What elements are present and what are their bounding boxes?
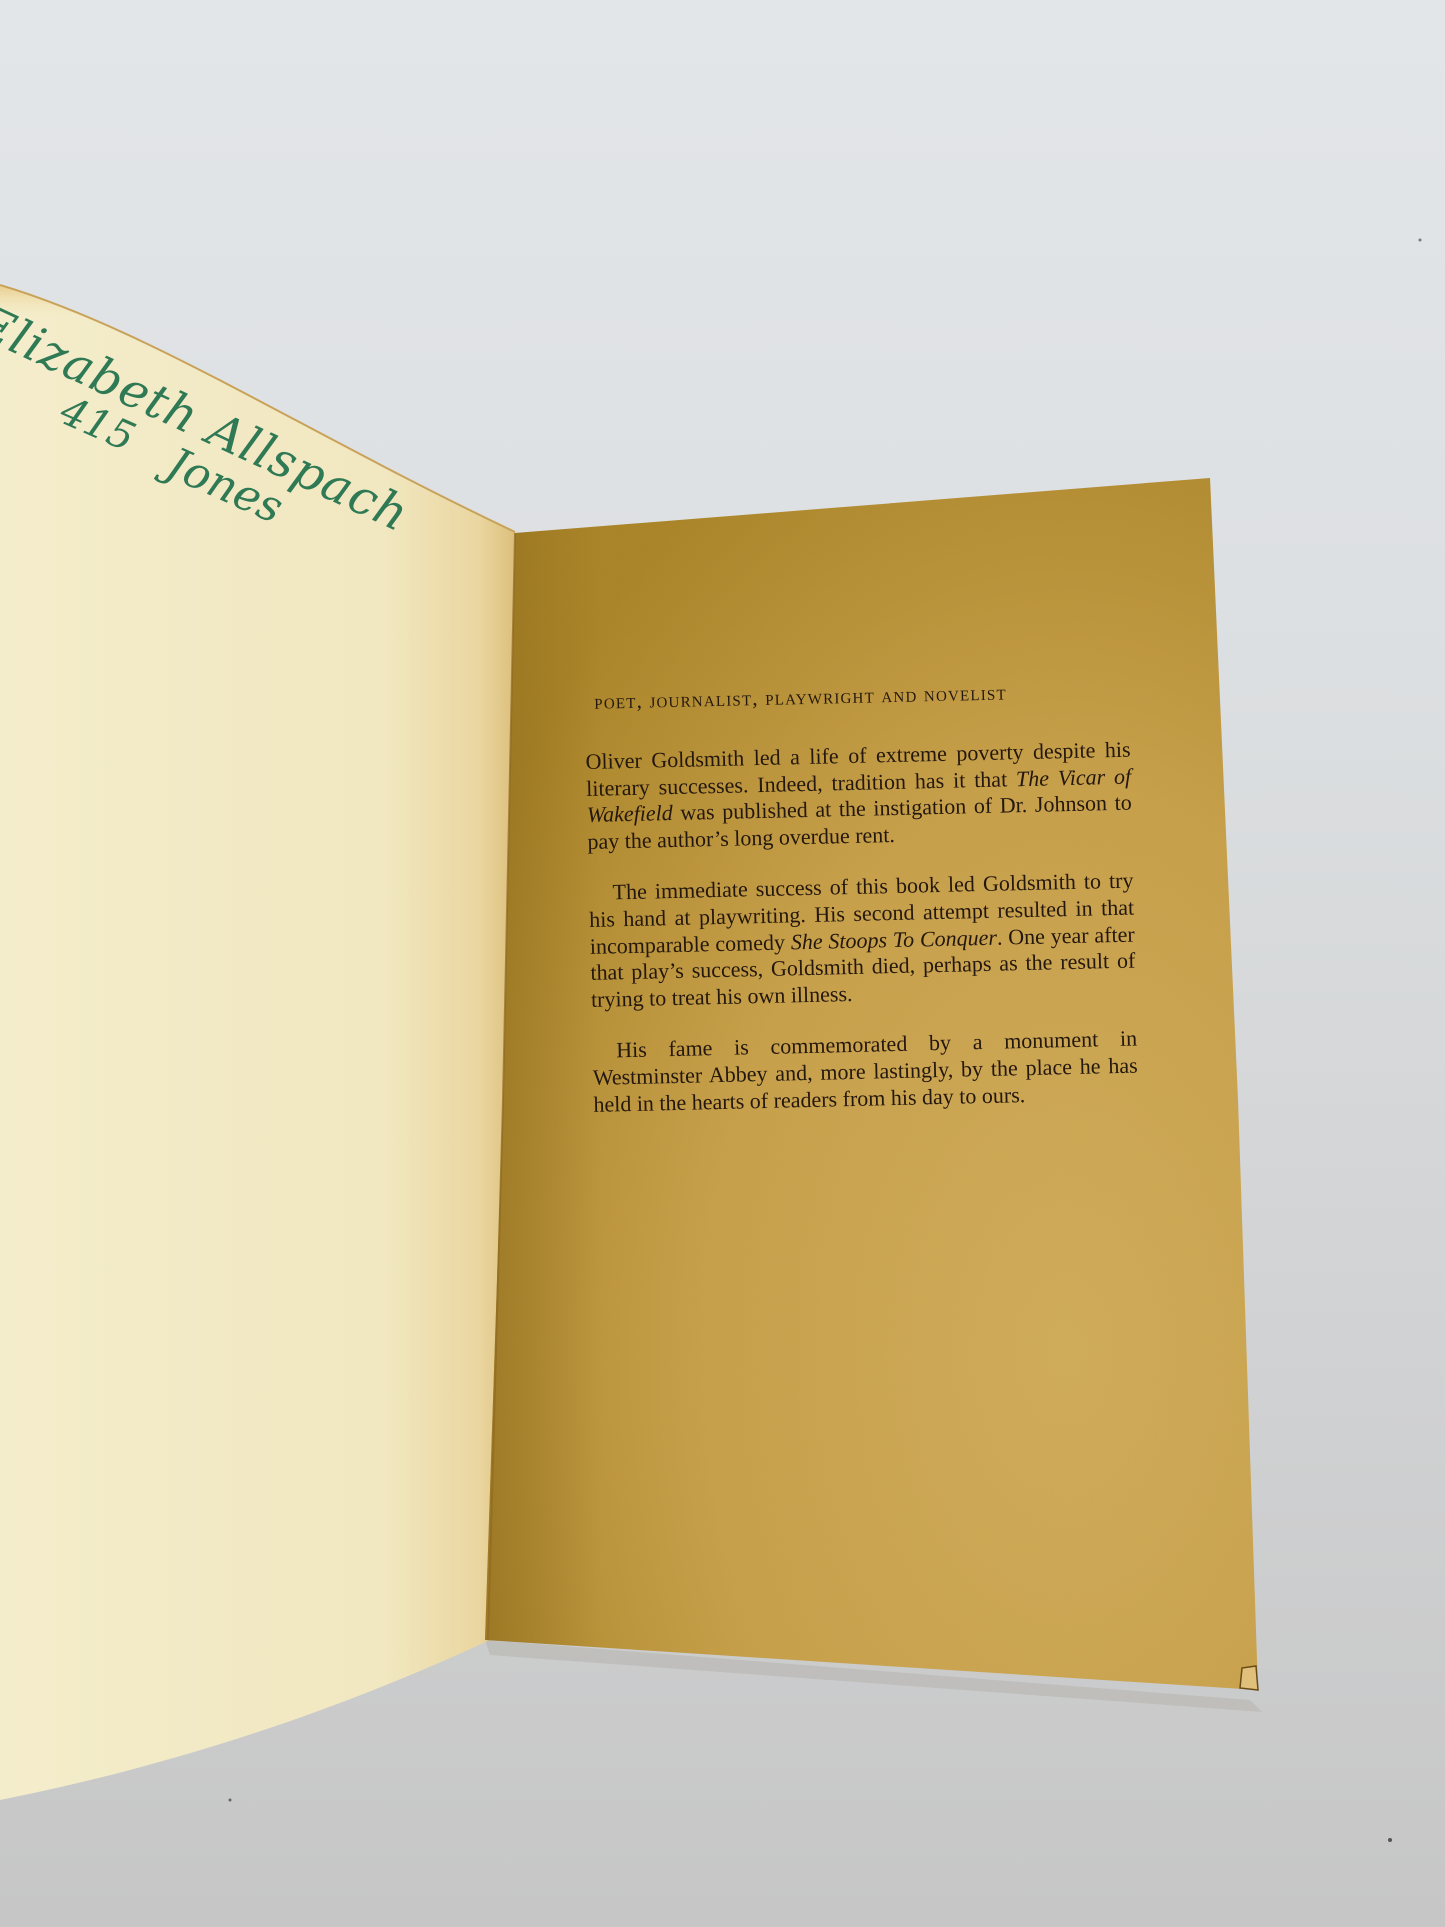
dust-speck [229,1799,232,1802]
dust-speck [1388,1838,1392,1842]
folded-corner [1240,1666,1258,1690]
spine-shadow [485,478,1258,1690]
dust-speck [1419,239,1422,242]
book-photo [0,0,1445,1927]
